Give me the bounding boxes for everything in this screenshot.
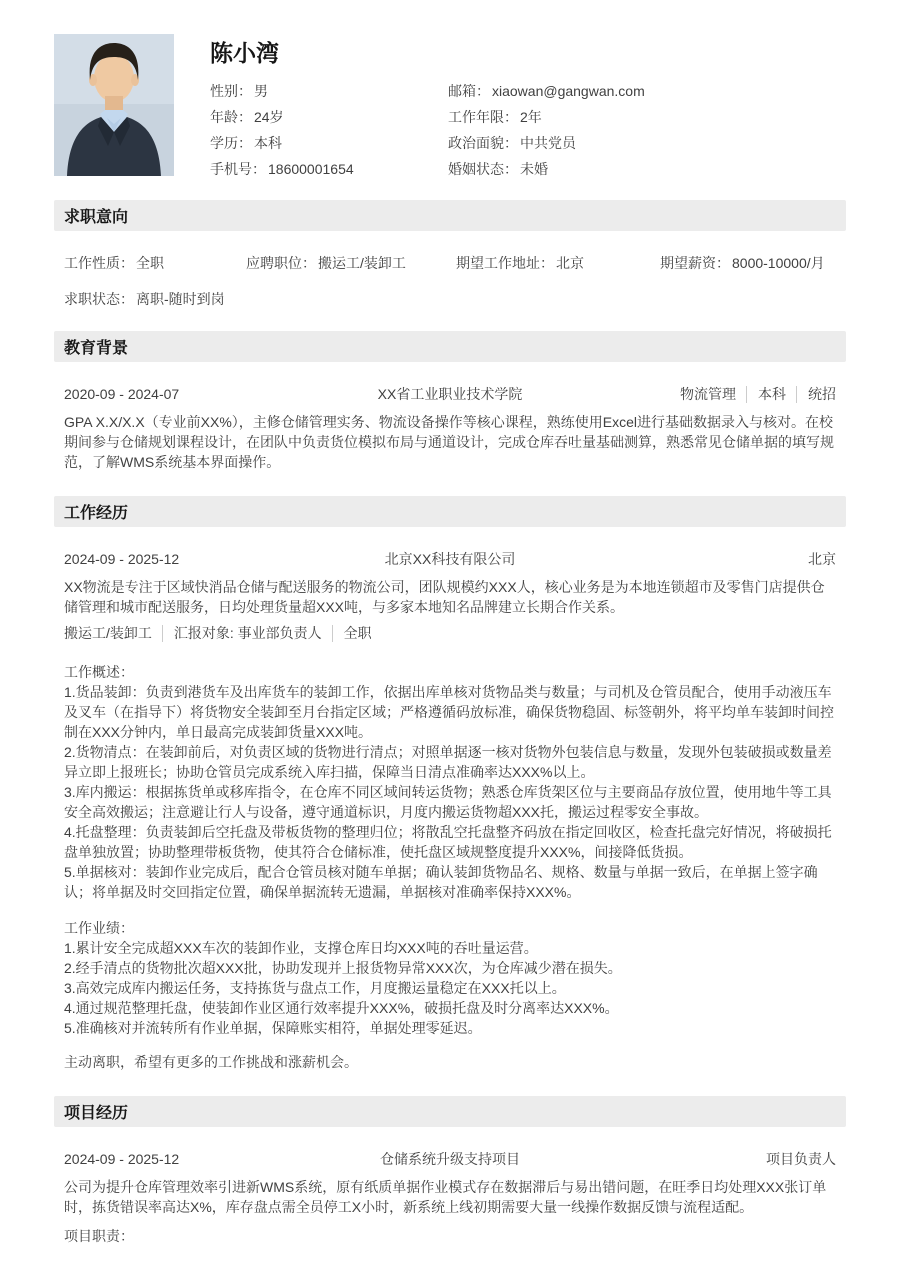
work-overview-item: 5.单据核对：装卸作业完成后，配合仓管员核对随车单据；确认装卸货物品名、规格、数… xyxy=(64,862,836,902)
section-header-education: 教育背景 xyxy=(54,331,846,362)
info-label: 邮箱： xyxy=(448,83,490,99)
work-achievements-block: 工作业绩： 1.累计安全完成超XXX车次的装卸作业，支撑仓库日均XXX吨的吞吐量… xyxy=(64,918,836,1038)
info-gender: 性别：男 xyxy=(210,83,448,99)
work-achievement-item: 1.累计安全完成超XXX车次的装卸作业，支撑仓库日均XXX吨的吞吐量运营。 xyxy=(64,938,836,958)
info-degree: 学历：本科 xyxy=(210,135,448,151)
education-major: 物流管理 xyxy=(680,386,736,403)
info-age: 年龄：24岁 xyxy=(210,109,448,125)
field-label: 期望工作地址： xyxy=(456,255,554,271)
work-achievements-title: 工作业绩： xyxy=(64,918,836,938)
field-value: 全职 xyxy=(136,255,164,271)
info-label: 年龄： xyxy=(210,109,252,125)
info-label: 婚姻状态： xyxy=(448,161,518,177)
profile-photo xyxy=(54,34,174,176)
project-period: 2024-09 - 2025-12 xyxy=(64,1151,284,1168)
work-company: 北京XX科技有限公司 xyxy=(284,551,616,568)
project-duty-title: 项目职责： xyxy=(64,1226,836,1246)
info-value: 18600001654 xyxy=(268,161,354,177)
section-title: 求职意向 xyxy=(64,204,128,227)
info-value: 本科 xyxy=(254,135,282,151)
info-value: 中共党员 xyxy=(520,135,576,151)
work-achievement-item: 3.高效完成库内搬运任务，支持拣货与盘点工作，月度搬运量稳定在XXX托以上。 xyxy=(64,978,836,998)
field-value: 搬运工/装卸工 xyxy=(318,255,406,271)
position-title: 搬运工/装卸工 xyxy=(64,625,152,642)
section-job-intent: 工作性质：全职 应聘职位：搬运工/装卸工 期望工作地址：北京 期望薪资：8000… xyxy=(54,255,846,307)
work-achievement-item: 4.通过规范整理托盘，使装卸作业区通行效率提升XXX%，破损托盘及时分离率达XX… xyxy=(64,998,836,1018)
section-header-work: 工作经历 xyxy=(54,496,846,527)
project-name: 仓储系统升级支持项目 xyxy=(284,1151,616,1168)
report-to: 汇报对象: 事业部负责人 xyxy=(162,625,322,642)
info-label: 手机号： xyxy=(210,161,266,177)
section-title: 项目经历 xyxy=(64,1100,128,1123)
field-value: 离职-随时到岗 xyxy=(136,291,225,307)
project-meta-line: 2024-09 - 2025-12 仓储系统升级支持项目 项目负责人 xyxy=(64,1151,836,1168)
section-header-project: 项目经历 xyxy=(54,1096,846,1127)
section-header-job-intent: 求职意向 xyxy=(54,200,846,231)
field-label: 求职状态： xyxy=(64,291,134,307)
info-political-status: 政治面貌：中共党员 xyxy=(448,135,846,151)
info-label: 性别： xyxy=(210,83,252,99)
info-email: 邮箱：xiaowan@gangwan.com xyxy=(448,83,846,99)
info-experience-years: 工作年限：2年 xyxy=(448,109,846,125)
work-achievement-item: 2.经手清点的货物批次超XXX批，协助发现并上报货物异常XXX次，为仓库减少潜在… xyxy=(64,958,836,978)
job-seeking-status: 求职状态：离职-随时到岗 xyxy=(64,291,225,307)
leave-reason: 主动离职，希望有更多的工作挑战和涨薪机会。 xyxy=(64,1052,836,1072)
section-education: 2020-09 - 2024-07 XX省工业职业技术学院 物流管理本科统招 G… xyxy=(54,386,846,472)
education-meta-line: 2020-09 - 2024-07 XX省工业职业技术学院 物流管理本科统招 xyxy=(64,386,836,403)
education-description: GPA X.X/X.X（专业前XX%），主修仓储管理实务、物流设备操作等核心课程… xyxy=(64,412,836,472)
company-intro: XX物流是专注于区域快消品仓储与配送服务的物流公司，团队规模约XXX人，核心业务… xyxy=(64,577,836,617)
work-location: 北京 xyxy=(616,551,836,568)
employment-type: 全职 xyxy=(332,625,372,642)
field-value: 8000-10000/月 xyxy=(732,255,825,271)
work-overview-title: 工作概述： xyxy=(64,662,836,682)
field-label: 应聘职位： xyxy=(246,255,316,271)
position-tags: 搬运工/装卸工汇报对象: 事业部负责人全职 xyxy=(64,625,836,642)
work-overview-item: 4.托盘整理：负责装卸后空托盘及带板货物的整理归位；将散乱空托盘整齐码放在指定回… xyxy=(64,822,836,862)
work-overview-item: 3.库内搬运：根据拣货单或移库指令，在仓库不同区域间转运货物；熟悉仓库货架区位与… xyxy=(64,782,836,822)
basic-info-panel: 陈小湾 性别：男 邮箱：xiaowan@gangwan.com 年龄：24岁 工… xyxy=(210,34,846,176)
info-label: 工作年限： xyxy=(448,109,518,125)
field-label: 工作性质： xyxy=(64,255,134,271)
work-achievement-item: 5.准确核对并流转所有作业单据，保障账实相符，单据处理零延迟。 xyxy=(64,1018,836,1038)
education-school: XX省工业职业技术学院 xyxy=(284,386,616,403)
expected-salary: 期望薪资：8000-10000/月 xyxy=(660,255,825,271)
info-value: 男 xyxy=(254,83,268,99)
section-work: 2024-09 - 2025-12 北京XX科技有限公司 北京 XX物流是专注于… xyxy=(54,551,846,1072)
info-value: 未婚 xyxy=(520,161,548,177)
field-value: 北京 xyxy=(556,255,584,271)
job-nature: 工作性质：全职 xyxy=(64,255,246,271)
info-phone: 手机号：18600001654 xyxy=(210,161,448,177)
work-overview-item: 1.货品装卸：负责到港货车及出库货车的装卸工作，依据出库单核对货物品类与数量；与… xyxy=(64,682,836,742)
work-overview-item: 2.货物清点：在装卸前后，对负责区域的货物进行清点；对照单据逐一核对货物外包装信… xyxy=(64,742,836,782)
resume-header: 陈小湾 性别：男 邮箱：xiaowan@gangwan.com 年龄：24岁 工… xyxy=(54,34,846,176)
profile-photo-image xyxy=(54,34,174,176)
resume-page: 陈小湾 性别：男 邮箱：xiaowan@gangwan.com 年龄：24岁 工… xyxy=(0,0,900,1275)
work-overview-block: 工作概述： 1.货品装卸：负责到港货车及出库货车的装卸工作，依据出库单核对货物品… xyxy=(64,662,836,902)
basic-info-grid: 性别：男 邮箱：xiaowan@gangwan.com 年龄：24岁 工作年限：… xyxy=(210,83,846,177)
work-period: 2024-09 - 2025-12 xyxy=(64,551,284,568)
education-degree: 本科 xyxy=(746,386,786,403)
education-tags: 物流管理本科统招 xyxy=(616,386,836,403)
education-period: 2020-09 - 2024-07 xyxy=(64,386,284,403)
info-value: 2年 xyxy=(520,109,542,125)
job-intent-row-1: 工作性质：全职 应聘职位：搬运工/装卸工 期望工作地址：北京 期望薪资：8000… xyxy=(64,255,836,271)
section-project: 2024-09 - 2025-12 仓储系统升级支持项目 项目负责人 公司为提升… xyxy=(54,1151,846,1246)
work-meta-line: 2024-09 - 2025-12 北京XX科技有限公司 北京 xyxy=(64,551,836,568)
field-label: 期望薪资： xyxy=(660,255,730,271)
info-label: 学历： xyxy=(210,135,252,151)
info-value: 24岁 xyxy=(254,109,284,125)
project-background: 公司为提升仓库管理效率引进新WMS系统，原有纸质单据作业模式存在数据滞后与易出错… xyxy=(64,1177,836,1217)
info-value: xiaowan@gangwan.com xyxy=(492,83,645,99)
section-title: 教育背景 xyxy=(64,335,128,358)
section-title: 工作经历 xyxy=(64,500,128,523)
education-enrollment-type: 统招 xyxy=(796,386,836,403)
target-location: 期望工作地址：北京 xyxy=(456,255,660,271)
info-marital-status: 婚姻状态：未婚 xyxy=(448,161,846,177)
project-role: 项目负责人 xyxy=(616,1151,836,1168)
info-label: 政治面貌： xyxy=(448,135,518,151)
job-intent-row-2: 求职状态：离职-随时到岗 xyxy=(64,291,836,307)
candidate-name: 陈小湾 xyxy=(210,40,846,66)
target-position: 应聘职位：搬运工/装卸工 xyxy=(246,255,456,271)
